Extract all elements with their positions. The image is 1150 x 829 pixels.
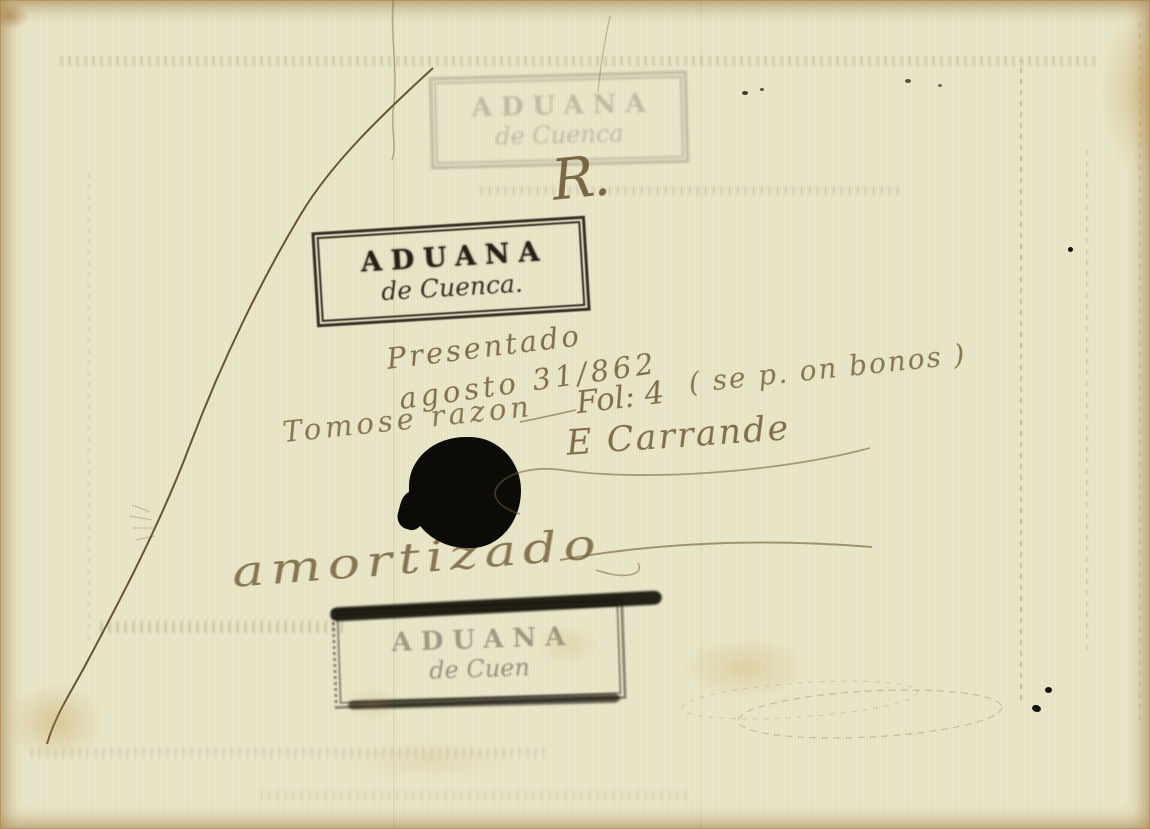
stamp-text-de-cuenca: de Cuen	[429, 653, 531, 684]
paper-fold-line	[700, 0, 702, 829]
show-through-column-line	[1086, 150, 1088, 650]
document-scan: ADUANA de Cuenca R. ADUANA de Cuenca. Pr…	[0, 0, 1150, 829]
show-through-column-line	[1020, 60, 1022, 700]
stamp-text-aduana: ADUANA	[382, 622, 575, 659]
show-through-band	[260, 790, 690, 801]
aduana-stamp-middle: ADUANA de Cuenca.	[311, 216, 590, 328]
amortizado-tail	[596, 563, 639, 575]
amortizado-crossbar-flourish	[560, 543, 872, 560]
ink-speck	[760, 88, 764, 91]
aduana-stamp-faint: ADUANA de Cuenca	[429, 71, 689, 170]
show-through-column-line	[1139, 20, 1141, 720]
show-through-band	[480, 186, 900, 195]
ink-blot	[409, 437, 521, 548]
ink-speck	[742, 91, 748, 95]
aduana-stamp-faint-inner: ADUANA de Cuenca	[434, 76, 684, 164]
signature-flourish	[495, 448, 870, 514]
handwriting-presentado: Presentado	[385, 318, 584, 376]
ink-speck	[938, 84, 942, 87]
aduana-stamp-bottom: ADUANA de Cuen	[331, 599, 626, 709]
handwriting-bonos-note: ( se p. on bonos )	[687, 338, 968, 400]
handwriting-date: agosto 31/862	[397, 346, 660, 416]
handwriting-amortizado: amortizado	[230, 519, 604, 597]
stamp-text-de-cuenca: de Cuenca	[495, 119, 624, 150]
show-through-column-line	[88, 170, 90, 640]
pencil-oval	[681, 675, 919, 725]
handwriting-signature: E Carrande	[565, 408, 792, 464]
stamp-text-aduana: ADUANA	[462, 89, 654, 124]
handwriting-tomose-razon: Tomose razon	[281, 389, 535, 449]
ink-speck	[1045, 687, 1052, 693]
fiber-fuzz	[130, 505, 155, 540]
connector-dash	[520, 410, 576, 422]
ink-speck	[905, 79, 911, 83]
handwriting-folio: Fol: 4	[574, 375, 666, 422]
aduana-stamp-middle-inner: ADUANA de Cuenca.	[317, 221, 586, 322]
ink-speck	[1031, 704, 1042, 714]
ink-speck	[1068, 247, 1073, 252]
pencil-oval	[737, 684, 1003, 744]
show-through-band	[100, 621, 345, 633]
aduana-stamp-bottom-inner: ADUANA de Cuen	[337, 604, 622, 704]
show-through-band	[30, 748, 550, 758]
show-through-band	[60, 56, 1100, 66]
paper-crease	[392, 0, 395, 160]
